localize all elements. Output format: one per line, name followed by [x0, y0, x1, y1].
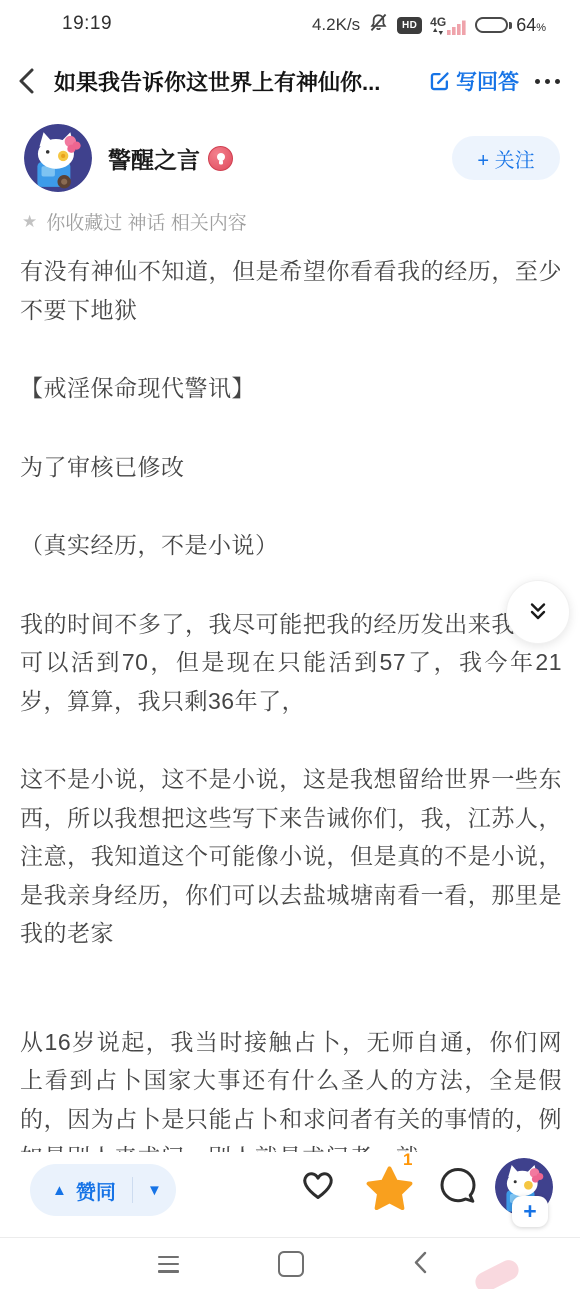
zhihu-answer-screen: 19:19 4.2K/s HD 4G	[0, 0, 580, 1289]
paragraph: 为了审核已修改	[20, 448, 562, 487]
upvote-triangle-icon: ▲	[52, 1182, 67, 1199]
system-back-chevron-icon	[414, 1251, 427, 1274]
favorite-count-badge: 1	[403, 1150, 412, 1170]
add-answer-plus-button[interactable]: +	[512, 1196, 548, 1227]
status-icons: 4.2K/s HD 4G	[312, 8, 546, 42]
downvote-triangle-icon: ▼	[147, 1182, 162, 1199]
author-avatar[interactable]	[24, 124, 92, 192]
answer-body: 有没有神仙不知道，但是希望你看看我的经历，至少不要下地狱 【戒淫保命现代警讯】 …	[20, 252, 562, 1217]
recents-menu-button[interactable]	[156, 1254, 181, 1275]
collection-note: ★ 你收藏过 神话 相关内容	[22, 208, 247, 235]
signal-bars-icon	[447, 19, 467, 35]
author-name[interactable]: 警醒之言	[108, 142, 233, 175]
status-time: 19:19	[62, 13, 112, 35]
status-bar: 19:19 4.2K/s HD 4G	[0, 0, 580, 48]
write-answer-button[interactable]: 写回答	[429, 66, 519, 96]
action-bar: ▲ 赞同 ▼ 1	[0, 1152, 580, 1237]
more-icon[interactable]	[533, 73, 562, 90]
comment-bubble-icon	[437, 1164, 479, 1206]
follow-button[interactable]: + 关注	[452, 136, 560, 180]
data-arrows-icon	[433, 28, 443, 35]
double-chevron-down-icon	[525, 599, 551, 625]
paragraph: 【戒淫保命现代警讯】	[20, 369, 562, 408]
paragraph: 我的时间不多了，我尽可能把我的经历发出来我原本可以活到70，但是现在只能活到57…	[20, 605, 562, 721]
signal-icon: 4G	[430, 16, 467, 35]
like-button[interactable]	[298, 1164, 338, 1209]
edit-pencil-icon	[429, 71, 450, 92]
star-icon: ★	[22, 212, 37, 232]
vote-pill: ▲ 赞同 ▼	[30, 1164, 176, 1216]
home-button[interactable]	[278, 1251, 304, 1277]
back-chevron-icon	[18, 67, 35, 95]
downvote-button[interactable]: ▼	[133, 1182, 176, 1199]
system-back-button[interactable]	[414, 1251, 427, 1279]
mute-bell-icon	[368, 12, 389, 38]
nav-bar: 如果我告诉你这世界上有神仙你... 写回答	[0, 52, 580, 110]
creator-badge-icon	[208, 146, 233, 171]
back-button[interactable]	[18, 64, 48, 98]
favorite-star-icon	[366, 1165, 413, 1210]
upvote-button[interactable]: ▲ 赞同	[30, 1176, 116, 1205]
upvote-label: 赞同	[76, 1176, 116, 1205]
paragraph: 有没有神仙不知道，但是希望你看看我的经历，至少不要下地狱	[20, 252, 562, 329]
write-answer-label: 写回答	[456, 66, 519, 96]
paragraph: （真实经历，不是小说）	[20, 526, 562, 565]
heart-icon	[298, 1164, 338, 1204]
battery-percent: 64	[516, 15, 536, 35]
question-title[interactable]: 如果我告诉你这世界上有神仙你...	[54, 66, 419, 97]
paragraph: 这不是小说，这不是小说，这是我想留给世界一些东西，所以我想把这些写下来告诫你们，…	[20, 760, 562, 953]
collapse-answer-button[interactable]	[506, 580, 570, 644]
network-type: 4G	[430, 16, 446, 28]
author-row: 警醒之言 + 关注	[0, 122, 580, 200]
hd-icon: HD	[397, 17, 422, 34]
favorite-button[interactable]	[366, 1165, 413, 1215]
comment-button[interactable]	[437, 1164, 479, 1211]
network-speed: 4.2K/s	[312, 15, 360, 35]
battery-icon: 64%	[475, 15, 546, 36]
collection-note-text: 你收藏过 神话 相关内容	[46, 208, 247, 235]
